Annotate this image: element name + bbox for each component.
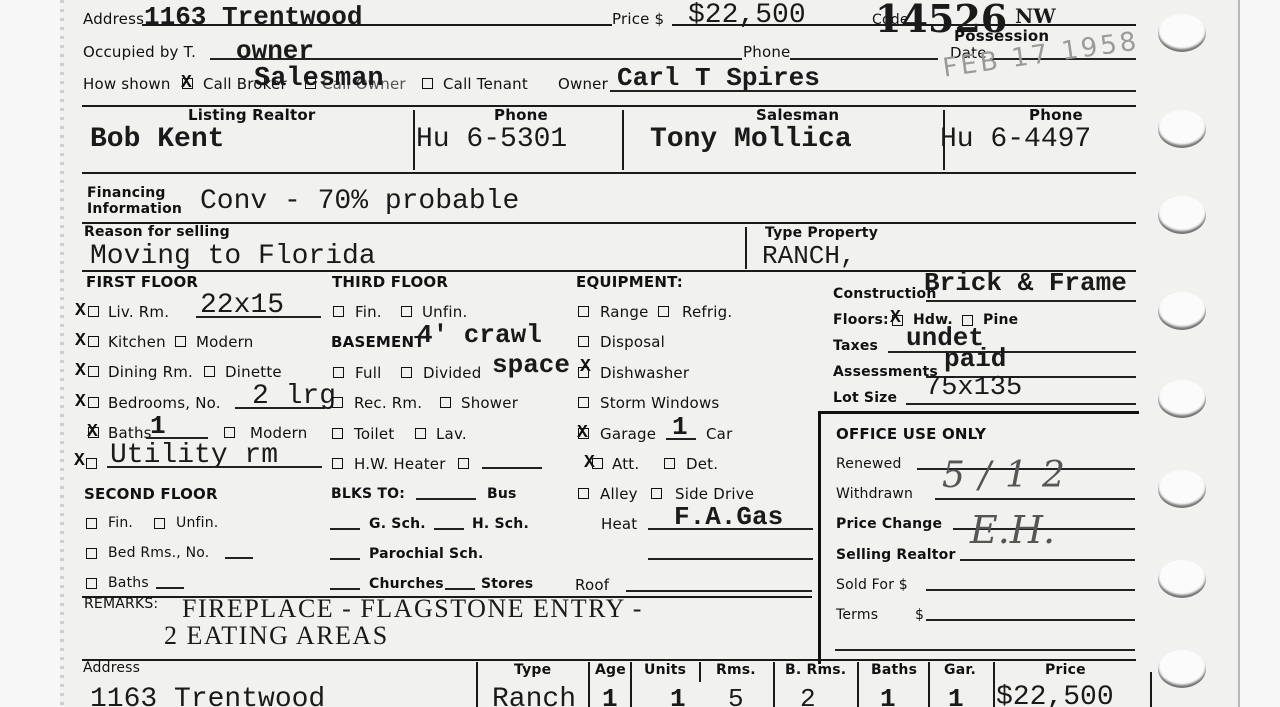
listing-realtor-label: Listing Realtor [188,106,315,124]
terms-dollar: $ [915,607,924,623]
how-shown-typed: Salesman [254,64,384,94]
disposal-checkbox[interactable] [578,336,589,347]
divider [413,110,415,170]
g-sch-label: G. Sch. [369,516,426,532]
refrig-label: Refrig. [682,303,732,321]
owner-label: Owner [558,75,608,93]
kitchen-modern-label: Modern [196,333,253,351]
lot-size-label: Lot Size [833,390,897,406]
call-tenant-checkbox[interactable] [422,78,433,89]
address-label: Address [83,10,144,28]
check-mark: X [577,424,588,442]
dinette-label: Dinette [225,363,282,381]
rec-rm-checkbox[interactable] [332,397,343,408]
other-checkbox[interactable] [458,458,469,469]
assessments-value: paid [944,344,1006,374]
kitchen-checkbox[interactable] [88,336,99,347]
binder-hole [1158,110,1206,148]
second-bed-rms-checkbox[interactable] [86,548,97,559]
bus-field[interactable] [416,498,476,500]
third-fin-checkbox[interactable] [333,306,344,317]
sold-for-field[interactable] [926,589,1135,591]
refrig-checkbox[interactable] [658,306,669,317]
reason-label: Reason for selling [84,224,230,240]
taxes-label: Taxes [833,338,878,354]
summary-header-rms: Rms. [716,662,756,678]
construction-value: Brick & Frame [924,268,1127,298]
divider [773,662,775,707]
dishwasher-label: Dishwasher [600,364,689,382]
divider [745,227,747,269]
roof-label: Roof [575,576,609,594]
divider [82,172,1136,174]
baths-modern-checkbox[interactable] [224,427,235,438]
summary-age: 1 [602,684,618,707]
check-mark: X [580,358,591,376]
toilet-label: Toilet [354,425,394,443]
reason-value: Moving to Florida [90,241,376,272]
divider [622,110,624,170]
range-label: Range [600,303,649,321]
equipment-title: EQUIPMENT: [576,273,683,291]
phone1-label: Phone [494,106,548,124]
terms-field[interactable] [926,619,1135,621]
bedrooms-field[interactable] [235,407,325,409]
baths-field[interactable] [146,437,208,439]
garage-field[interactable] [666,438,696,440]
h-sch-field[interactable] [434,528,464,530]
second-unfin-checkbox[interactable] [154,518,165,529]
toilet-checkbox[interactable] [332,428,343,439]
divider [82,222,1136,224]
second-unfin-label: Unfin. [176,515,218,531]
liv-rm-field[interactable] [196,316,321,318]
heat-field[interactable] [648,528,813,530]
withdrawn-field[interactable] [935,498,1135,500]
binder-hole [1158,292,1206,330]
bedrooms-checkbox[interactable] [88,397,99,408]
office-field-blank[interactable] [835,649,1135,651]
phone-field[interactable] [790,58,938,60]
pine-label: Pine [983,312,1018,328]
det-label: Det. [686,455,718,473]
terms-label: Terms [836,607,878,623]
divider [993,662,995,707]
basement-full-label: Full [355,364,381,382]
binder-hole [1158,380,1206,418]
extra-room-field[interactable] [107,466,322,468]
occupied-value: owner [236,36,314,66]
alley-checkbox[interactable] [578,488,589,499]
side-drive-checkbox[interactable] [651,488,662,499]
renewed-label: Renewed [836,456,902,472]
summary-header-gar: Gar. [944,662,976,678]
check-mark: X [75,393,86,411]
lot-size-value: 75x135 [925,373,1022,403]
parochial-label: Parochial Sch. [369,546,484,562]
second-baths-label: Baths [108,575,149,591]
phone2-label: Phone [1029,106,1083,124]
range-checkbox[interactable] [578,306,589,317]
summary-units: 1 [670,684,686,707]
det-checkbox[interactable] [664,458,675,469]
type-property-label: Type Property [765,225,878,241]
divider [82,659,1136,661]
summary-header-units: Units [644,662,686,678]
kitchen-label: Kitchen [108,333,166,351]
rec-rm-label: Rec. Rm. [354,394,422,412]
listing-realtor-value: Bob Kent [90,124,224,155]
h-sch-label: H. Sch. [472,516,529,532]
divider [476,662,478,707]
lav-checkbox[interactable] [415,428,426,439]
floors-label: Floors: [833,312,889,328]
divider [928,662,930,707]
hw-heater-checkbox[interactable] [332,458,343,469]
check-mark: X [75,362,86,380]
parochial-field[interactable] [330,558,360,560]
summary-header-baths: Baths [871,662,917,678]
address-value: 1163 Trentwood [144,2,362,32]
financing-label-line1: Financing [87,186,166,201]
remarks-label: REMARKS: [84,596,158,612]
check-mark: X [181,74,192,92]
roof-field[interactable] [626,590,812,592]
phone1-value: Hu 6-5301 [416,124,567,155]
phone-label: Phone [743,43,790,61]
summary-baths: 1 [880,684,896,707]
summary-gar: 1 [948,684,964,707]
bus-label: Bus [487,486,517,502]
basement-divided-label: Divided [423,364,481,382]
stores-label: Stores [481,576,533,592]
second-baths-checkbox[interactable] [86,578,97,589]
att-label: Att. [612,455,639,473]
summary-address: 1163 Trentwood [90,684,325,707]
call-tenant-label: Call Tenant [443,75,528,93]
third-floor-title: THIRD FLOOR [332,273,448,291]
lot-size-field[interactable] [906,403,1136,405]
divider [699,662,701,682]
disposal-label: Disposal [600,333,665,351]
binder-hole [1158,560,1206,598]
car-label: Car [706,425,732,443]
other-field[interactable] [482,467,542,469]
second-fin-checkbox[interactable] [86,518,97,529]
third-unfin-checkbox[interactable] [401,306,412,317]
third-unfin-label: Unfin. [422,303,467,321]
extra-room-checkbox[interactable] [86,458,97,469]
divider [610,90,1136,92]
second-bed-rms-label: Bed Rms., No. [108,545,209,561]
basement-value-line1: 4' crawl [417,320,542,350]
third-fin-label: Fin. [355,303,382,321]
second-fin-label: Fin. [108,515,133,531]
taxes-field[interactable] [888,351,1136,353]
storm-windows-checkbox[interactable] [578,397,589,408]
divider [588,662,590,707]
office-title: OFFICE USE ONLY [836,425,986,443]
construction-label: Construction [833,286,937,302]
bedrooms-label: Bedrooms, No. [108,394,221,412]
binder-hole [1158,196,1206,234]
first-floor-title: FIRST FLOOR [86,273,198,291]
shower-label: Shower [461,394,518,412]
price-change-label: Price Change [836,516,942,532]
dinette-checkbox[interactable] [204,366,215,377]
summary-b-rms: 2 [800,684,816,707]
withdrawn-value: 5/12 [942,455,1079,496]
churches-label: Churches [369,576,444,592]
price-label: Price $ [612,10,664,28]
divider [210,58,742,60]
lav-label: Lav. [436,425,467,443]
salesman-value: Tony Mollica [650,124,852,155]
hw-heater-label: H.W. Heater [354,455,446,473]
divider [142,24,612,26]
liv-rm-checkbox[interactable] [88,306,99,317]
summary-header-b-rms: B. Rms. [785,662,846,678]
listing-card: Address 1163 Trentwood Price $ $22,500 C… [60,0,1240,707]
binder-hole [1158,470,1206,508]
basement-label: BASEMENT [331,333,425,351]
binder-hole [1158,14,1206,52]
summary-header-age: Age [595,662,626,678]
check-mark: X [87,423,98,441]
alley-label: Alley [600,485,638,503]
financing-value: Conv - 70% probable [200,186,519,217]
liv-rm-label: Liv. Rm. [108,303,169,321]
occupied-label: Occupied by T. [83,43,196,61]
kitchen-modern-checkbox[interactable] [175,336,186,347]
divider [630,662,632,707]
perforated-edge [60,0,64,707]
shower-checkbox[interactable] [440,397,451,408]
divider [870,24,1136,26]
phone2-value: Hu 6-4497 [940,124,1091,155]
blocks-to-title: BLKS TO: [331,486,405,502]
construction-field[interactable] [926,300,1136,302]
check-mark: X [74,452,85,470]
dining-label: Dining Rm. [108,363,193,381]
garage-label: Garage [600,425,656,443]
basement-full-checkbox[interactable] [333,367,344,378]
check-mark: X [75,302,86,320]
type-property-value: RANCH, [762,241,856,271]
side-drive-label: Side Drive [675,485,754,503]
summary-header-type: Type [514,662,551,678]
handwritten-note: E.H. [970,508,1055,552]
summary-price: $22,500 [996,682,1114,707]
selling-realtor-field[interactable] [960,559,1135,561]
check-mark: X [75,332,86,350]
basement-value-line2: space [492,350,570,380]
remarks-line2: 2 EATING AREAS [164,621,389,651]
owner-value: Carl T Spires [617,63,820,93]
withdrawn-label: Withdrawn [836,486,913,502]
churches-field[interactable] [330,588,360,590]
heat-label: Heat [601,515,637,533]
summary-header-address: Address [83,660,140,676]
storm-windows-label: Storm Windows [600,394,719,412]
second-floor-title: SECOND FLOOR [84,485,218,503]
dining-checkbox[interactable] [88,366,99,377]
binder-hole [1158,650,1206,688]
heat-field-2[interactable] [648,558,813,560]
assessments-label: Assessments [833,364,938,380]
summary-rms: 5 [728,684,744,707]
selling-realtor-label: Selling Realtor [836,547,956,563]
divider [857,662,859,707]
financing-label-line2: Information [87,202,182,217]
divider [672,24,872,26]
second-bed-rms-field[interactable] [225,557,253,559]
summary-header-price: Price [1045,662,1086,678]
remarks-line1: FIREPLACE - FLAGSTONE ENTRY - [182,594,643,624]
stores-field[interactable] [445,588,475,590]
salesman-label: Salesman [756,106,839,124]
second-baths-field[interactable] [156,587,184,589]
basement-divided-checkbox[interactable] [401,367,412,378]
g-sch-field[interactable] [330,528,360,530]
price-value: $22,500 [688,0,806,31]
divider [1150,672,1152,707]
summary-type: Ranch [492,684,576,707]
check-mark: X [890,309,901,327]
check-mark: X [584,454,595,472]
sold-for-label: Sold For $ [836,577,908,593]
how-shown-label: How shown [83,75,171,93]
